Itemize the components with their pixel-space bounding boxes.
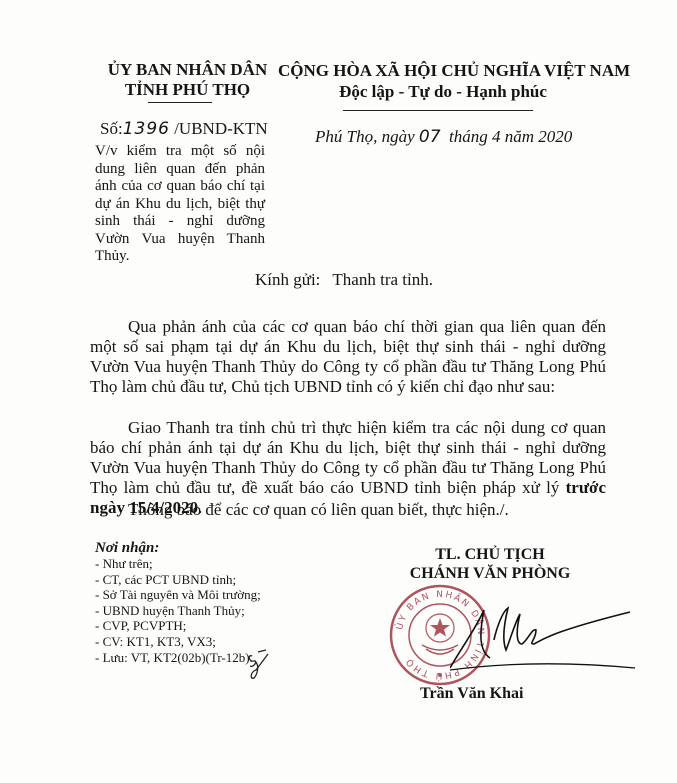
- organization-line-2: TỈNH PHÚ THỌ: [85, 80, 290, 100]
- recipient: Kính gửi:Thanh tra tỉnh.: [255, 270, 433, 290]
- distribution-item: - CT, các PCT UBND tỉnh;: [95, 572, 261, 588]
- handwritten-signature-icon: [450, 600, 640, 680]
- distribution-item: - CVP, PCVPTH;: [95, 618, 261, 634]
- handwritten-initials-icon: [246, 648, 272, 682]
- signer-name: Trần Văn Khai: [420, 685, 523, 703]
- body-paragraph-2-text: Giao Thanh tra tỉnh chủ trì thực hiện ki…: [90, 418, 606, 497]
- body-paragraph-3-text: Thông báo để các cơ quan có liên quan bi…: [128, 500, 509, 519]
- body-paragraph-3: Thông báo để các cơ quan có liên quan bi…: [90, 500, 606, 520]
- document-number-suffix: /UBND-KTN: [170, 119, 268, 138]
- document-number: Số:1396 /UBND-KTN: [100, 119, 268, 139]
- distribution-list: - Như trên; - CT, các PCT UBND tỉnh; - S…: [95, 556, 261, 665]
- dateline-suffix: tháng 4 năm 2020: [441, 127, 573, 146]
- distribution-item: - CV: KT1, KT3, VX3;: [95, 634, 261, 650]
- national-title: CỘNG HÒA XÃ HỘI CHỦ NGHĨA VIỆT NAM: [278, 61, 608, 81]
- recipient-name: Thanh tra tỉnh.: [332, 270, 433, 289]
- signature-title-line-1: TL. CHỦ TỊCH: [405, 545, 575, 564]
- national-motto: Độc lập - Tự do - Hạnh phúc: [278, 82, 608, 102]
- document-subject: V/v kiểm tra một số nội dung liên quan đ…: [95, 143, 265, 266]
- distribution-item: - UBND huyện Thanh Thủy;: [95, 603, 261, 619]
- distribution-item: - Như trên;: [95, 556, 261, 572]
- organization-underline: [148, 102, 212, 103]
- body-paragraph-1-text: Qua phản ánh của các cơ quan báo chí thờ…: [90, 317, 606, 396]
- dateline-day-handwritten: 07: [419, 127, 441, 147]
- organization-line-1: ỦY BAN NHÂN DÂN: [85, 60, 290, 80]
- dateline: Phú Thọ, ngày 07 tháng 4 năm 2020: [315, 127, 572, 147]
- document-number-prefix: Số:: [100, 119, 123, 138]
- distribution-item: - Sở Tài nguyên và Môi trường;: [95, 587, 261, 603]
- document-number-handwritten: 1396: [123, 119, 170, 139]
- body-paragraph-1: Qua phản ánh của các cơ quan báo chí thờ…: [90, 317, 606, 397]
- dateline-prefix: Phú Thọ, ngày: [315, 127, 419, 146]
- distribution-title: Nơi nhận:: [95, 540, 159, 557]
- distribution-item: - Lưu: VT, KT2(02b)(Tr-12b).: [95, 650, 261, 666]
- signature-title: TL. CHỦ TỊCH CHÁNH VĂN PHÒNG: [405, 545, 575, 583]
- issuing-organization: ỦY BAN NHÂN DÂN TỈNH PHÚ THỌ: [85, 60, 290, 100]
- signature-title-line-2: CHÁNH VĂN PHÒNG: [405, 564, 575, 583]
- recipient-label: Kính gửi:: [255, 270, 320, 289]
- motto-underline: [343, 110, 533, 111]
